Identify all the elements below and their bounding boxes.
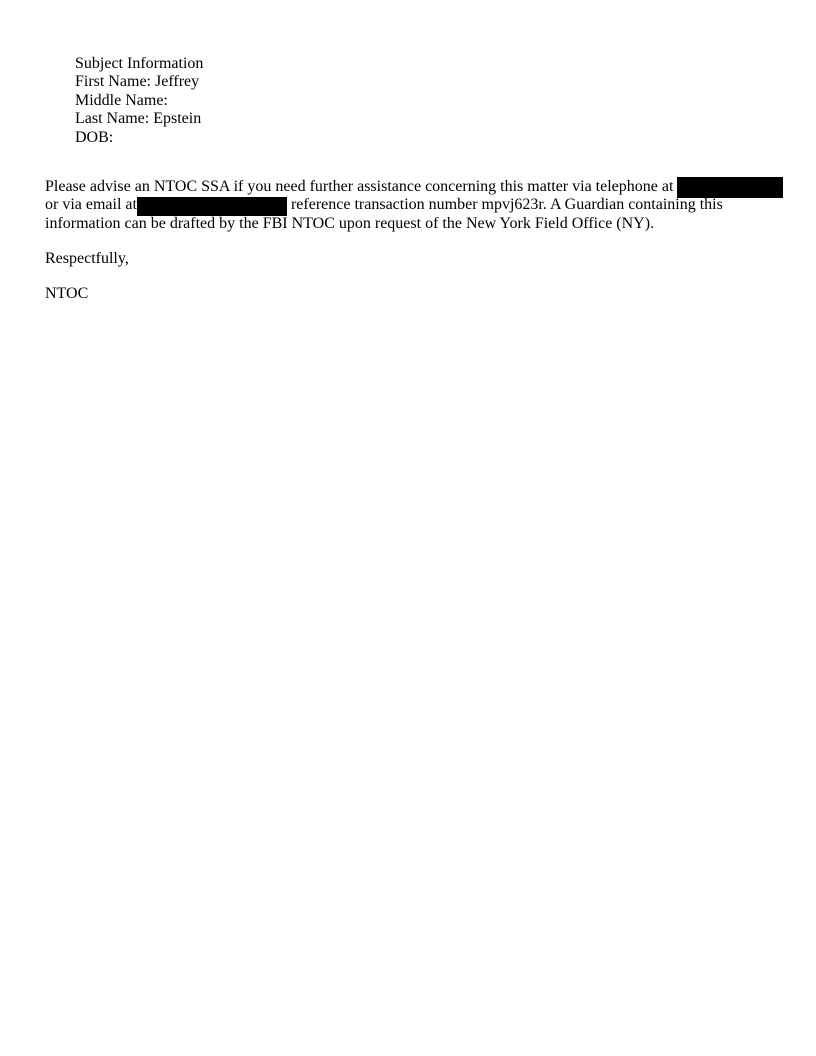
subject-information-heading: Subject Information [75, 55, 203, 73]
telephone-redaction-box [677, 177, 783, 198]
middle-name-field: Middle Name: [75, 92, 203, 110]
paragraph-line-2: or via email at reference transaction nu… [45, 196, 790, 214]
dob-field: DOB: [75, 129, 203, 147]
closing-salutation: Respectfully, [45, 250, 129, 268]
line-1-text: Please advise an NTOC SSA if you need fu… [45, 178, 673, 195]
last-name-field: Last Name: Epstein [75, 110, 203, 128]
line-3-text: information can be drafted by the FBI NT… [45, 215, 654, 232]
line-2-text-before: or via email at [45, 196, 137, 213]
subject-information-block: Subject Information First Name: Jeffrey … [75, 55, 203, 147]
paragraph-line-3: information can be drafted by the FBI NT… [45, 215, 790, 233]
first-name-field: First Name: Jeffrey [75, 73, 203, 91]
email-redaction-box [137, 197, 287, 216]
line-2-text-after: reference transaction number mpvj623r. A… [287, 196, 723, 213]
signature: NTOC [45, 285, 88, 303]
contact-paragraph: Please advise an NTOC SSA if you need fu… [45, 178, 790, 233]
paragraph-line-1: Please advise an NTOC SSA if you need fu… [45, 178, 790, 196]
